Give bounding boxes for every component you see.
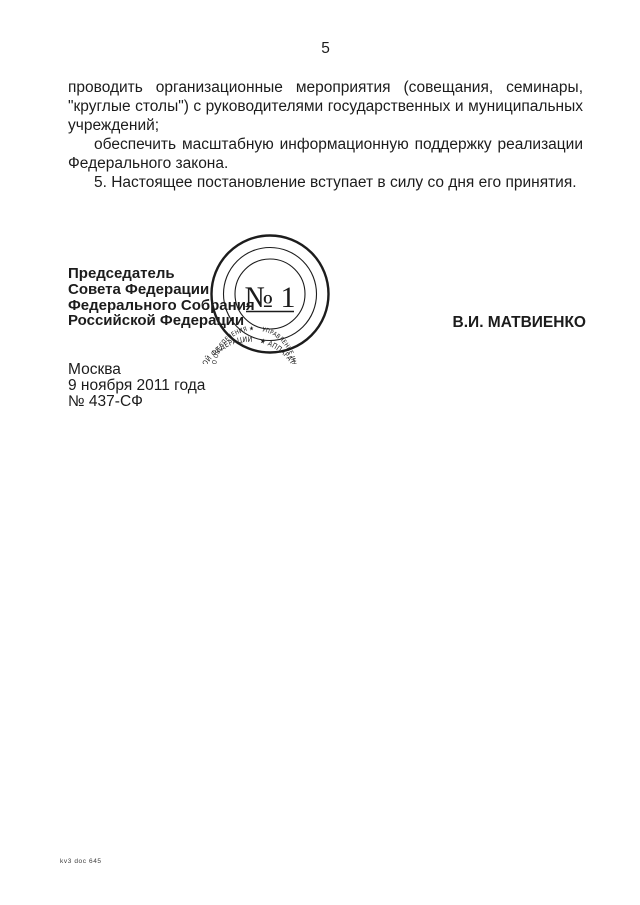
stamp-number: № 1: [244, 281, 295, 314]
place-line: Москва: [68, 362, 205, 378]
document-number-line: № 437-СФ: [68, 394, 205, 410]
paragraph: проводить организационные мероприятия (с…: [68, 78, 583, 135]
document-page: 5 проводить организационные мероприятия …: [0, 0, 640, 905]
signatory-name: В.И. МАТВИЕНКО: [360, 314, 586, 332]
page-number: 5: [68, 40, 583, 58]
official-stamp: ★ АППАРАТ СОВЕТА ФЕДЕРАЦИИ ФЕДЕРАЛЬНОГО …: [200, 224, 340, 364]
paragraph: 5. Настоящее постановление вступает в си…: [68, 173, 583, 192]
footer-code: kv3 doc 645: [60, 858, 102, 865]
body-text: проводить организационные мероприятия (с…: [68, 78, 583, 192]
date-line: 9 ноября 2011 года: [68, 378, 205, 394]
svg-text:УПРАВЛЕНИЕ ИНФОРМАЦИОННОГО И Д: УПРАВЛЕНИЕ ИНФОРМАЦИОННОГО И ДОКУМЕНТАЦИ…: [203, 317, 305, 364]
stamp-inner-ring-text: УПРАВЛЕНИЕ ИНФОРМАЦИОННОГО И ДОКУМЕНТАЦИ…: [203, 317, 305, 364]
paragraph: обеспечить масштабную информационную под…: [68, 135, 583, 173]
place-date-block: Москва 9 ноября 2011 года № 437-СФ: [68, 362, 205, 410]
